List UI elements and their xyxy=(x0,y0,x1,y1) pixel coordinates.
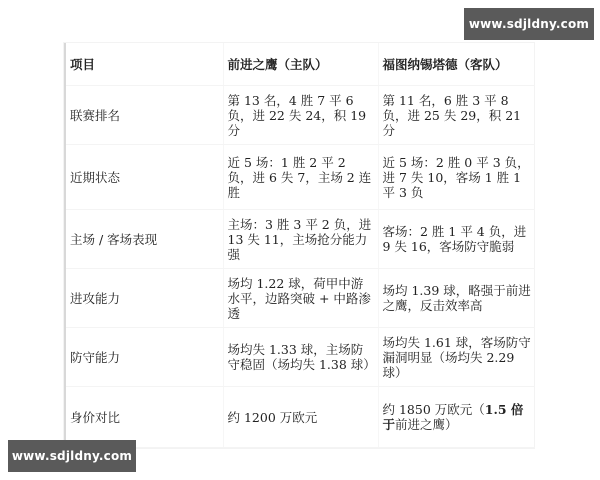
row-label: 防守能力 xyxy=(65,328,223,387)
watermark-top: www.sdjldny.com xyxy=(464,8,594,40)
row-label: 主场 / 客场表现 xyxy=(65,210,223,269)
table-row: 进攻能力 场均 1.22 球，荷甲中游水平，边路突破 + 中路渗透 场均 1.3… xyxy=(65,269,535,328)
table-row: 近期状态 近 5 场：1 胜 2 平 2 负，进 6 失 7，主场 2 连胜 近… xyxy=(65,145,535,210)
table-row: 身价对比 约 1200 万欧元 约 1850 万欧元（1.5 倍于前进之鹰） xyxy=(65,387,535,448)
away-value: 近 5 场：2 胜 0 平 3 负，进 7 失 10，客场 1 胜 1 平 3 … xyxy=(378,145,535,210)
row-label: 近期状态 xyxy=(65,145,223,210)
home-value: 约 1200 万欧元 xyxy=(223,387,378,448)
away-value: 第 11 名，6 胜 3 平 8 负，进 25 失 29，积 21 分 xyxy=(378,86,535,145)
watermark-bottom: www.sdjldny.com xyxy=(8,440,136,472)
table-header-row: 项目 前进之鹰（主队） 福图纳锡塔德（客队） xyxy=(65,43,535,86)
away-value-suffix: 前进之鹰） xyxy=(395,417,458,432)
away-value: 场均失 1.61 球，客场防守漏洞明显（场均失 2.29 球） xyxy=(378,328,535,387)
row-label: 联赛排名 xyxy=(65,86,223,145)
table-row: 防守能力 场均失 1.33 球，主场防守稳固（场均失 1.38 球） 场均失 1… xyxy=(65,328,535,387)
away-value: 场均 1.39 球，略强于前进之鹰，反击效率高 xyxy=(378,269,535,328)
away-value: 约 1850 万欧元（1.5 倍于前进之鹰） xyxy=(378,387,535,448)
header-home-team: 前进之鹰（主队） xyxy=(223,43,378,86)
comparison-table: 项目 前进之鹰（主队） 福图纳锡塔德（客队） 联赛排名 第 13 名，4 胜 7… xyxy=(64,43,535,448)
header-away-team: 福图纳锡塔德（客队） xyxy=(378,43,535,86)
row-label: 进攻能力 xyxy=(65,269,223,328)
away-value-prefix: 约 1850 万欧元（ xyxy=(383,402,485,417)
home-value: 近 5 场：1 胜 2 平 2 负，进 6 失 7，主场 2 连胜 xyxy=(223,145,378,210)
comparison-table-container: 项目 前进之鹰（主队） 福图纳锡塔德（客队） 联赛排名 第 13 名，4 胜 7… xyxy=(63,42,535,449)
table-row: 联赛排名 第 13 名，4 胜 7 平 6 负，进 22 失 24，积 19 分… xyxy=(65,86,535,145)
away-value: 客场：2 胜 1 平 4 负，进 9 失 16，客场防守脆弱 xyxy=(378,210,535,269)
row-label: 身价对比 xyxy=(65,387,223,448)
home-value: 场均 1.22 球，荷甲中游水平，边路突破 + 中路渗透 xyxy=(223,269,378,328)
home-value: 场均失 1.33 球，主场防守稳固（场均失 1.38 球） xyxy=(223,328,378,387)
home-value: 主场：3 胜 3 平 2 负，进 13 失 11，主场抢分能力强 xyxy=(223,210,378,269)
header-item: 项目 xyxy=(65,43,223,86)
table-row: 主场 / 客场表现 主场：3 胜 3 平 2 负，进 13 失 11，主场抢分能… xyxy=(65,210,535,269)
home-value: 第 13 名，4 胜 7 平 6 负，进 22 失 24，积 19 分 xyxy=(223,86,378,145)
